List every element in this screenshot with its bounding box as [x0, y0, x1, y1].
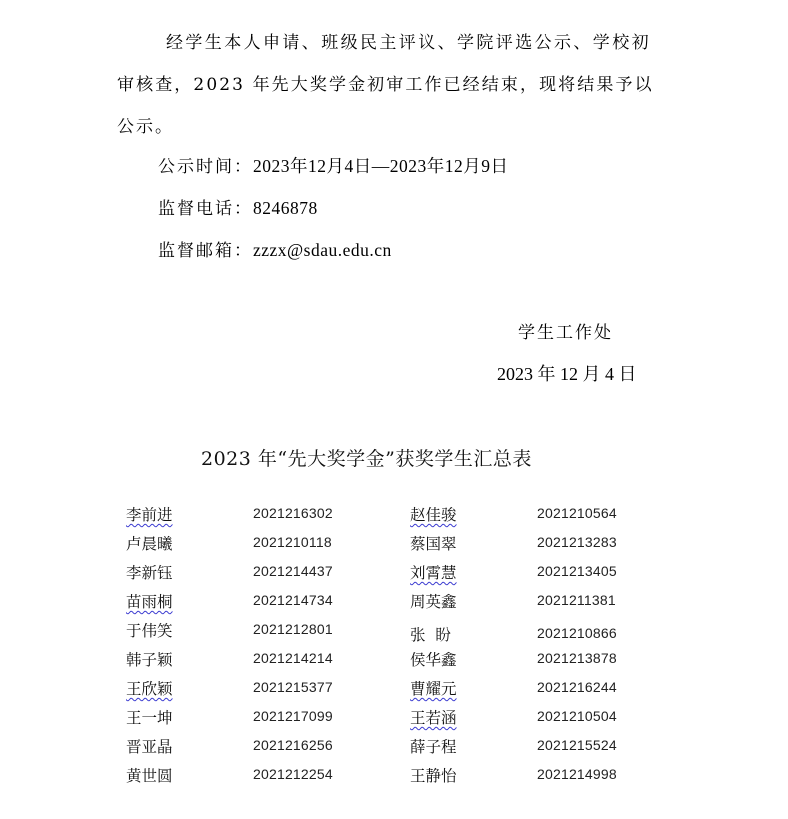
student-name: 卢晨曦: [126, 532, 173, 554]
student-name: 侯华鑫: [410, 648, 457, 670]
student-name: 王静怡: [410, 764, 457, 786]
intro-line-2: 审核查，2023 年先大奖学金初审工作已经结束，现将结果予以: [117, 70, 654, 95]
student-name: 曹耀元: [410, 677, 457, 699]
student-id: 2021214734: [253, 592, 333, 608]
student-id: 2021214998: [537, 766, 617, 782]
student-id: 2021212254: [253, 766, 333, 782]
supervision-phone: 监督电话：8246878: [158, 194, 318, 219]
student-id: 2021210866: [537, 625, 617, 641]
intro-line-3: 公示。: [117, 112, 174, 137]
supervision-phone-label: 监督电话：: [158, 199, 253, 219]
student-id: 2021210564: [537, 505, 617, 521]
supervision-phone-value: 8246878: [253, 198, 318, 218]
student-name: 周英鑫: [410, 590, 457, 612]
student-name: 韩子颖: [126, 648, 173, 670]
student-id: 2021215377: [253, 679, 333, 695]
student-id: 2021214437: [253, 563, 333, 579]
supervision-email: 监督邮箱：zzzx@sdau.edu.cn: [158, 236, 392, 261]
student-name: 蔡国翠: [410, 532, 457, 554]
student-id: 2021216256: [253, 737, 333, 753]
publicity-period: 公示时间：2023年12月4日—2023年12月9日: [158, 152, 509, 178]
student-name: 黄世圆: [126, 764, 173, 786]
student-id: 2021214214: [253, 650, 333, 666]
student-name: 苗雨桐: [126, 590, 173, 612]
supervision-email-label: 监督邮箱：: [158, 241, 253, 261]
student-name: 薛子程: [410, 735, 457, 757]
student-id: 2021211381: [537, 592, 616, 608]
student-id: 2021212801: [253, 621, 333, 637]
student-name: 王若涵: [410, 706, 457, 728]
student-name: 赵佳骏: [410, 503, 457, 525]
student-name: 李前进: [126, 503, 173, 525]
student-name: 张 盼: [410, 623, 451, 645]
student-id: 2021215524: [537, 737, 617, 753]
supervision-email-value: zzzx@sdau.edu.cn: [253, 240, 392, 260]
student-name: 晋亚晶: [126, 735, 173, 757]
publicity-period-label: 公示时间：: [158, 157, 253, 177]
student-id: 2021216302: [253, 505, 333, 521]
signature-office: 学生工作处: [518, 318, 613, 343]
student-name: 于伟笑: [126, 619, 173, 641]
publicity-period-value: 2023年12月4日—2023年12月9日: [253, 156, 509, 176]
student-id: 2021216244: [537, 679, 617, 695]
student-name: 王欣颖: [126, 677, 173, 699]
student-id: 2021210504: [537, 708, 617, 724]
student-id: 2021213405: [537, 563, 617, 579]
student-id: 2021217099: [253, 708, 333, 724]
student-id: 2021213878: [537, 650, 617, 666]
signature-date: 2023 年 12 月 4 日: [497, 360, 637, 386]
student-id: 2021210118: [253, 534, 332, 550]
student-name: 李新钰: [126, 561, 173, 583]
student-name: 王一坤: [126, 706, 173, 728]
intro-line-1: 经学生本人申请、班级民主评议、学院评选公示、学校初: [166, 28, 651, 53]
table-title: 2023 年“先大奖学金”获奖学生汇总表: [201, 444, 532, 471]
student-id: 2021213283: [537, 534, 617, 550]
student-name: 刘霄慧: [410, 561, 457, 583]
